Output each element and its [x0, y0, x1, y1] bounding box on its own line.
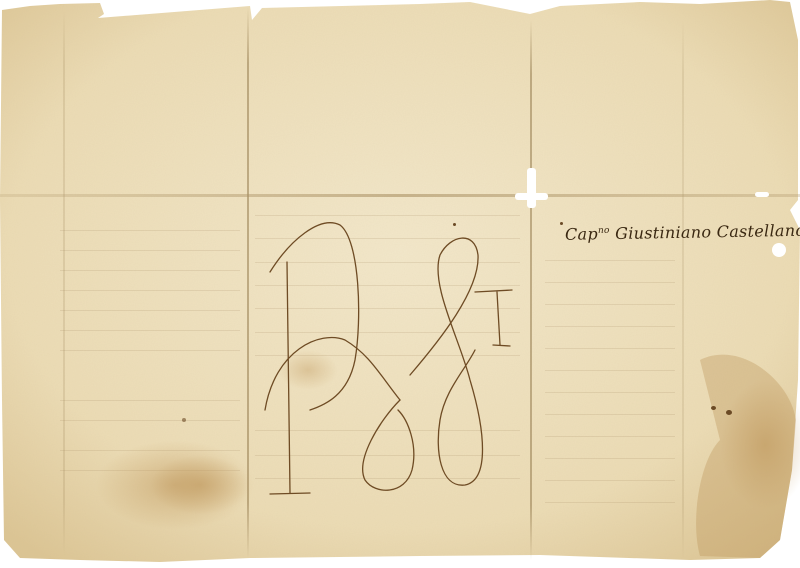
address-text: Giustiniano Castellano di Rimbau: [610, 219, 800, 243]
spot: [182, 418, 186, 422]
fold-line-right: [530, 20, 532, 560]
spot: [560, 222, 563, 225]
tear-right-edge: [755, 192, 769, 197]
address-prefix: Cap: [565, 224, 598, 244]
letter-sheet: Capno Giustiniano Castellano di Rimbau: [0, 0, 800, 568]
tear-fold-cross: [515, 193, 548, 200]
spot: [711, 406, 716, 410]
fold-line-margin: [63, 10, 65, 555]
stain-bottom-left-2: [150, 455, 250, 515]
fold-line-inner-right: [682, 20, 684, 560]
spot: [726, 410, 732, 415]
stain-right-edge: [720, 380, 800, 510]
monogram-ra: [250, 210, 520, 510]
hole-address: [772, 243, 786, 257]
tear-fold-center: [527, 168, 536, 208]
fold-line-horizontal: [0, 194, 800, 197]
address-prefix-superscript: no: [598, 226, 610, 236]
